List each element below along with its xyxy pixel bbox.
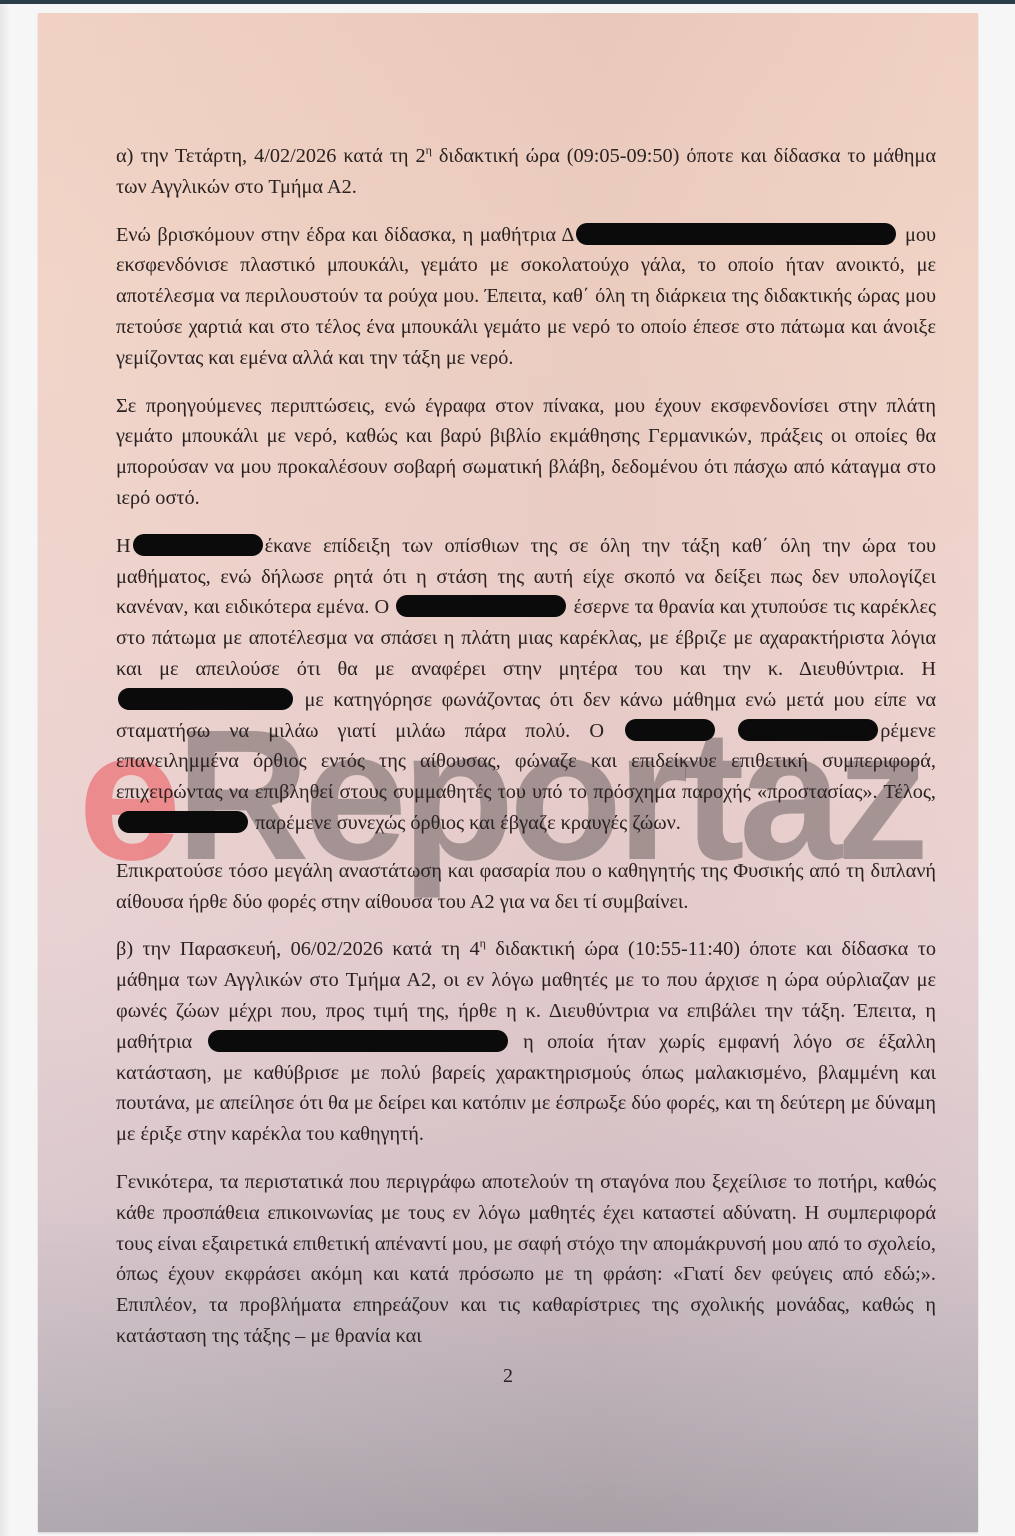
page-number: 2 xyxy=(38,1365,978,1388)
document-page: eReportaz α) την Τετάρτη, 4/02/2026 κατά… xyxy=(38,13,978,1532)
redaction-bar xyxy=(738,719,878,741)
redaction-bar xyxy=(118,688,293,710)
left-edge-shadow xyxy=(0,4,10,1536)
redaction-bar xyxy=(118,811,248,833)
paragraph-general-conclusion: Γενικότερα, τα περιστατικά που περιγράφω… xyxy=(116,1167,936,1352)
redaction-bar xyxy=(625,719,715,741)
paragraph-physics-teacher: Επικρατούσε τόσο μεγάλη αναστάτωση και φ… xyxy=(116,856,936,918)
incident-b-date-text: β) την Παρασκευή, 06/02/2026 κατά τη 4 xyxy=(116,938,480,960)
document-body: α) την Τετάρτη, 4/02/2026 κατά τη 2η διδ… xyxy=(116,141,936,1369)
paragraph-students-behavior: Ηέκανε επίδειξη των οπίσθιων της σε όλη … xyxy=(116,531,936,839)
paragraph-text: παρέμενε συνεχώς όρθιος και έβγαζε κραυγ… xyxy=(255,812,681,834)
paragraph-chocolate-milk-incident: Ενώ βρισκόμουν στην έδρα και δίδασκα, η … xyxy=(116,220,936,374)
redaction-bar xyxy=(208,1030,508,1052)
redaction-bar xyxy=(576,223,896,245)
paragraph-previous-incidents: Σε προηγούμενες περιπτώσεις, ενώ έγραφα … xyxy=(116,391,936,514)
paragraph-text: Ενώ βρισκόμουν στην έδρα και δίδασκα, η … xyxy=(116,224,574,246)
top-window-strip xyxy=(0,0,1015,4)
paragraph-incident-b: β) την Παρασκευή, 06/02/2026 κατά τη 4η … xyxy=(116,934,936,1150)
incident-a-date-text: α) την Τετάρτη, 4/02/2026 κατά τη 2 xyxy=(116,145,426,167)
paragraph-text: Η xyxy=(116,535,131,557)
paragraph-incident-a-heading: α) την Τετάρτη, 4/02/2026 κατά τη 2η διδ… xyxy=(116,141,936,203)
redaction-bar xyxy=(396,595,566,617)
redaction-bar xyxy=(133,534,263,556)
